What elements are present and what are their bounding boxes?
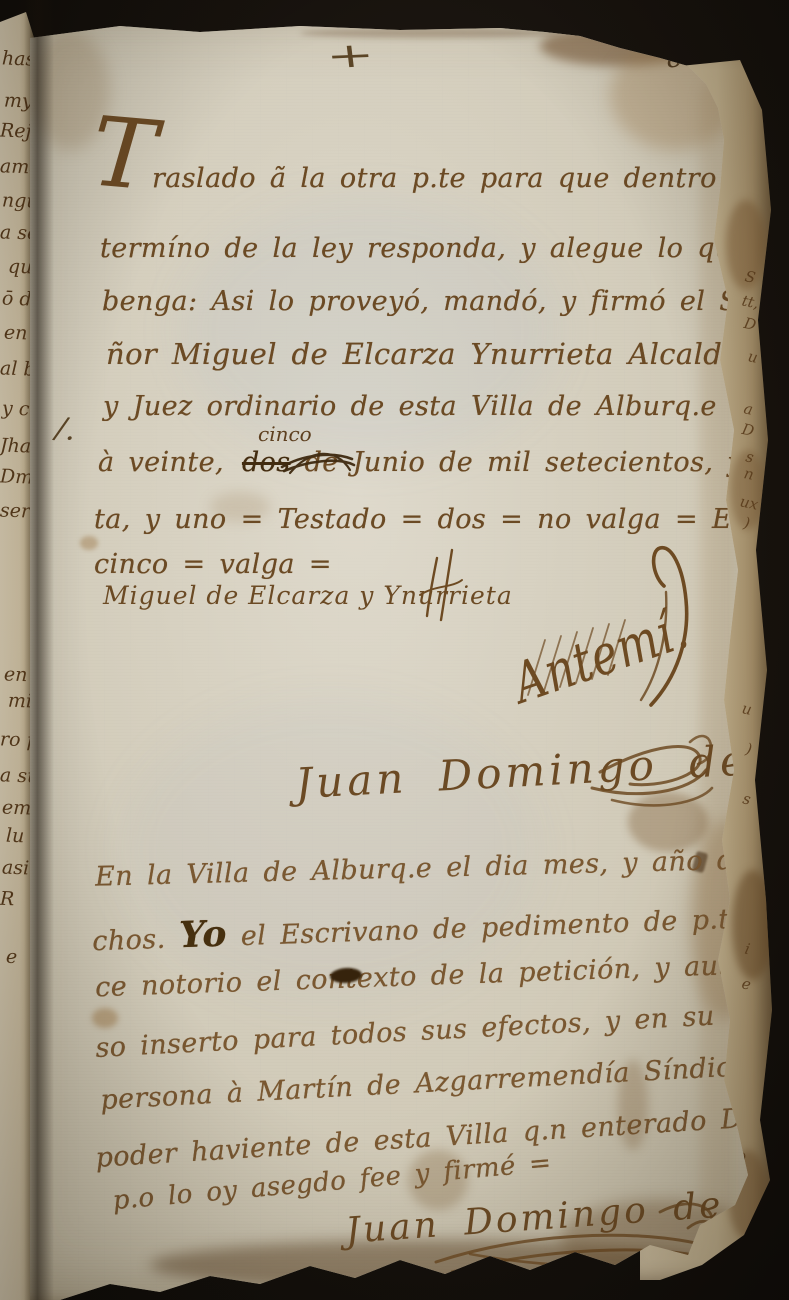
line-fragment: el Escrivano de pedimento de p.te hi- <box>226 902 789 953</box>
stain-signature-smudge <box>628 792 708 852</box>
date-suffix: de Junio de mil setecientos, y sesen- <box>305 447 789 478</box>
manuscript-line: ce notorio el contexto de la petición, y… <box>95 948 789 1004</box>
edge-text-fragment: s <box>741 789 752 808</box>
manuscript-line: persona à Martín de Azgarremendía Síndic… <box>100 1051 749 1116</box>
alcalde-signature: Miguel de Elcarza y Ynurrieta <box>103 581 513 610</box>
edge-text-fragment: D <box>740 420 756 440</box>
margin-mark: /. <box>54 411 78 448</box>
manuscript-line-date: à veinte,dosde Junio de mil setecientos,… <box>98 447 789 478</box>
edge-dirt <box>732 870 774 980</box>
date-prefix: à veinte, <box>98 447 224 478</box>
decorated-initial: T <box>87 95 161 212</box>
edge-text-fragment: e <box>740 974 752 993</box>
manuscript-line: cinco = valga = <box>94 549 332 580</box>
binding-gutter-shadow <box>24 0 54 1300</box>
manuscript-line: chos. Yo el Escrivano de pedimento de p.… <box>91 893 789 960</box>
stain-bottom-grime <box>150 1240 710 1290</box>
foxing-spot-2 <box>92 1008 118 1028</box>
foxing-spot-1 <box>80 536 98 550</box>
struck-word: dos <box>242 447 291 478</box>
edge-text-fragment: ux <box>738 492 759 513</box>
ante-mi-signature: Antemí. <box>505 597 697 716</box>
edge-text-fragment: tt, <box>740 291 760 312</box>
invocation-cross: + <box>324 35 377 77</box>
interlinear-insertion: cinco <box>258 422 312 446</box>
manuscript-line: raslado ã la otra p.te para que dentro d… <box>152 163 789 194</box>
manuscript-photo: S tt, D u a D s n ux ) u ) s i e ) has m… <box>0 0 789 1300</box>
manuscript-line: En la Villa de Alburq.e el dia mes, y añ… <box>95 844 754 892</box>
sliver-text-fragment: R <box>0 888 15 910</box>
manuscript-line: y Juez ordinario de esta Villa de Alburq… <box>103 391 789 422</box>
edge-text-fragment: ) <box>744 740 753 759</box>
manuscript-line: termíno de la ley responda, y alegue lo … <box>100 233 789 264</box>
edge-text-fragment: u <box>746 347 759 367</box>
sliver-text-fragment: e <box>6 946 18 968</box>
edge-text-fragment: a <box>742 399 754 418</box>
edge-text-fragment: u <box>740 699 753 719</box>
manuscript-line: benga: Asi lo proveyó, mandó, y firmó el… <box>102 286 764 317</box>
scribe-heading-signature: Juan Domingo de Elota <box>294 727 789 808</box>
manuscript-page: + 87 /. T raslado ã la otra p.te para qu… <box>0 0 789 1300</box>
emphasized-yo: Yo <box>179 913 228 957</box>
manuscript-line: ñor Miguel de Elcarza Ynurrieta Alcalde <box>106 337 740 371</box>
line-fragment: chos. <box>92 923 180 957</box>
edge-text-fragment: D <box>742 314 758 334</box>
stain-top-edge <box>540 26 700 66</box>
manuscript-line: ta, y uno = Testado = dos = no valga = E… <box>94 504 789 535</box>
sliver-text-fragment: lu <box>6 825 25 848</box>
